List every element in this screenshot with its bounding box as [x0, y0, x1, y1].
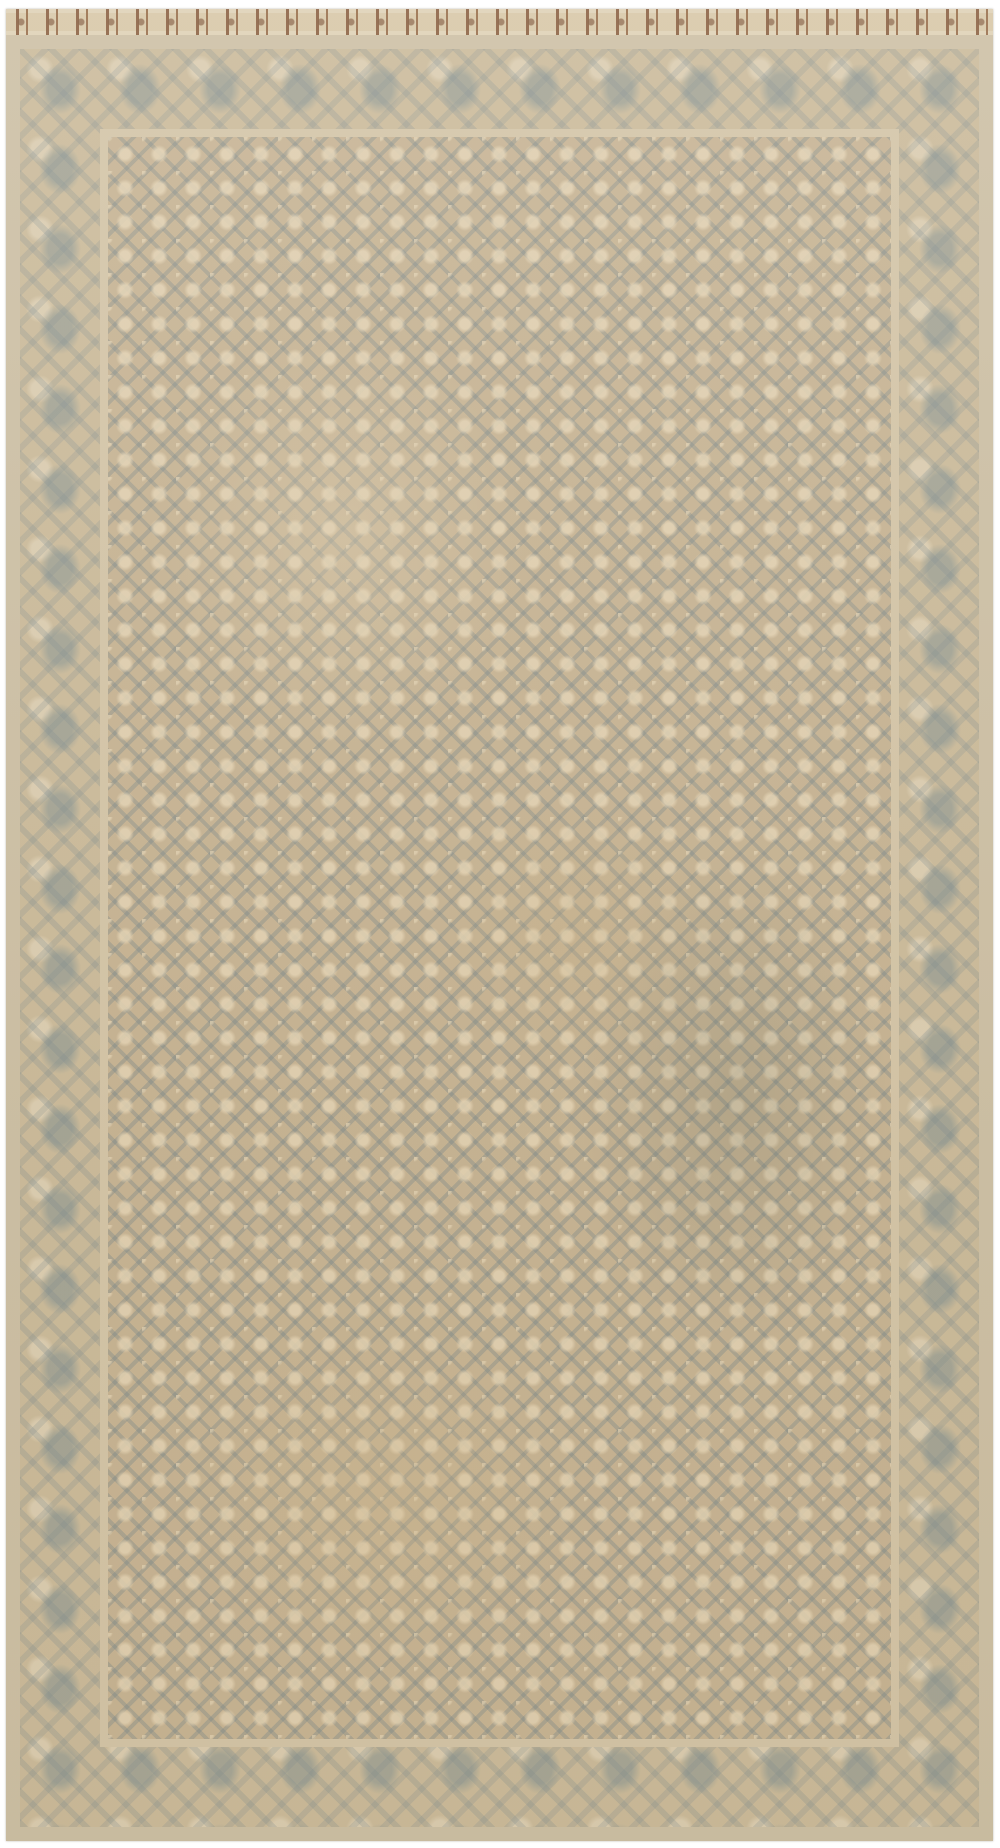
- top-kilim-band: [6, 9, 993, 35]
- rug: [6, 9, 993, 1841]
- herati-pattern-field: [108, 137, 891, 1739]
